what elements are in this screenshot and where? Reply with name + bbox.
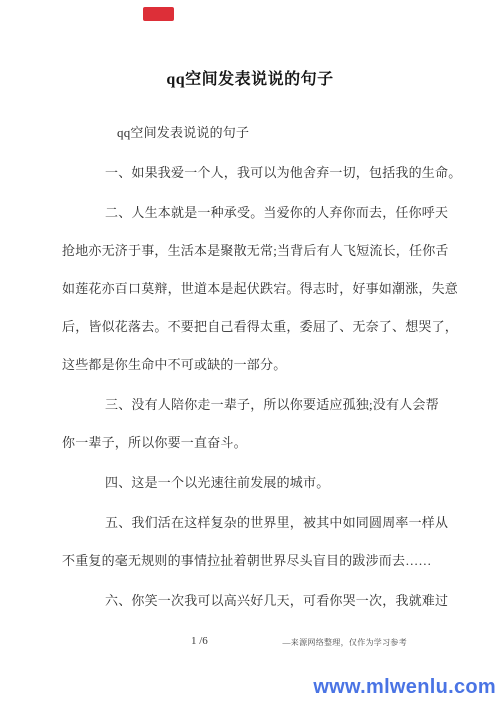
text-line: 五、我们活在这样复杂的世界里，被其中如同圆周率一样从 [62,504,444,542]
text-line: 一、如果我爱一个人，我可以为他舍弃一切，包括我的生命。 [62,154,444,192]
document-body: qq空间发表说说的句子一、如果我爱一个人，我可以为他舍弃一切，包括我的生命。二、… [62,114,444,620]
watermark-link[interactable]: www.mlwenlu.com [313,676,496,699]
document-page: qq空间发表说说的句子 qq空间发表说说的句子一、如果我爱一个人，我可以为他舍弃… [0,0,500,707]
text-line: 不重复的毫无规则的事情拉扯着朝世界尽头盲目的跋涉而去…… [62,542,444,580]
page-number: 1 /6 [191,635,208,647]
text-line: 二、人生本就是一种承受。当爱你的人弃你而去，任你呼天 [62,194,444,232]
text-line: 如莲花亦百口莫辩，世道本是起伏跌宕。得志时，好事如潮涨，失意 [62,270,444,308]
text-line: 你一辈子，所以你要一直奋斗。 [62,424,444,462]
paragraph: 六、你笑一次我可以高兴好几天，可看你哭一次，我就难过 [62,582,444,620]
text-line: 这些都是你生命中不可或缺的一部分。 [62,346,444,384]
paragraph: qq空间发表说说的句子 [62,114,444,152]
footer: 1 /6 —来源网络整理，仅作为学习参考 [0,632,500,652]
text-line: qq空间发表说说的句子 [62,114,444,152]
source-note: —来源网络整理，仅作为学习参考 [283,637,408,648]
paragraph: 二、人生本就是一种承受。当爱你的人弃你而去，任你呼天抢地亦无济于事，生活本是聚散… [62,194,444,384]
text-line: 三、没有人陪你走一辈子，所以你要适应孤独;没有人会帮 [62,386,444,424]
text-line: 后，皆似花落去。不要把自己看得太重，委屈了、无奈了、想哭了， [62,308,444,346]
text-line: 六、你笑一次我可以高兴好几天，可看你哭一次，我就难过 [62,582,444,620]
paragraph: 五、我们活在这样复杂的世界里，被其中如同圆周率一样从不重复的毫无规则的事情拉扯着… [62,504,444,580]
text-line: 四、这是一个以光速往前发展的城市。 [62,464,444,502]
red-logo-badge [143,7,174,21]
paragraph: 四、这是一个以光速往前发展的城市。 [62,464,444,502]
document-title: qq空间发表说说的句子 [0,66,500,89]
paragraph: 三、没有人陪你走一辈子，所以你要适应孤独;没有人会帮你一辈子，所以你要一直奋斗。 [62,386,444,462]
text-line: 抢地亦无济于事，生活本是聚散无常;当背后有人飞短流长，任你舌 [62,232,444,270]
paragraph: 一、如果我爱一个人，我可以为他舍弃一切，包括我的生命。 [62,154,444,192]
